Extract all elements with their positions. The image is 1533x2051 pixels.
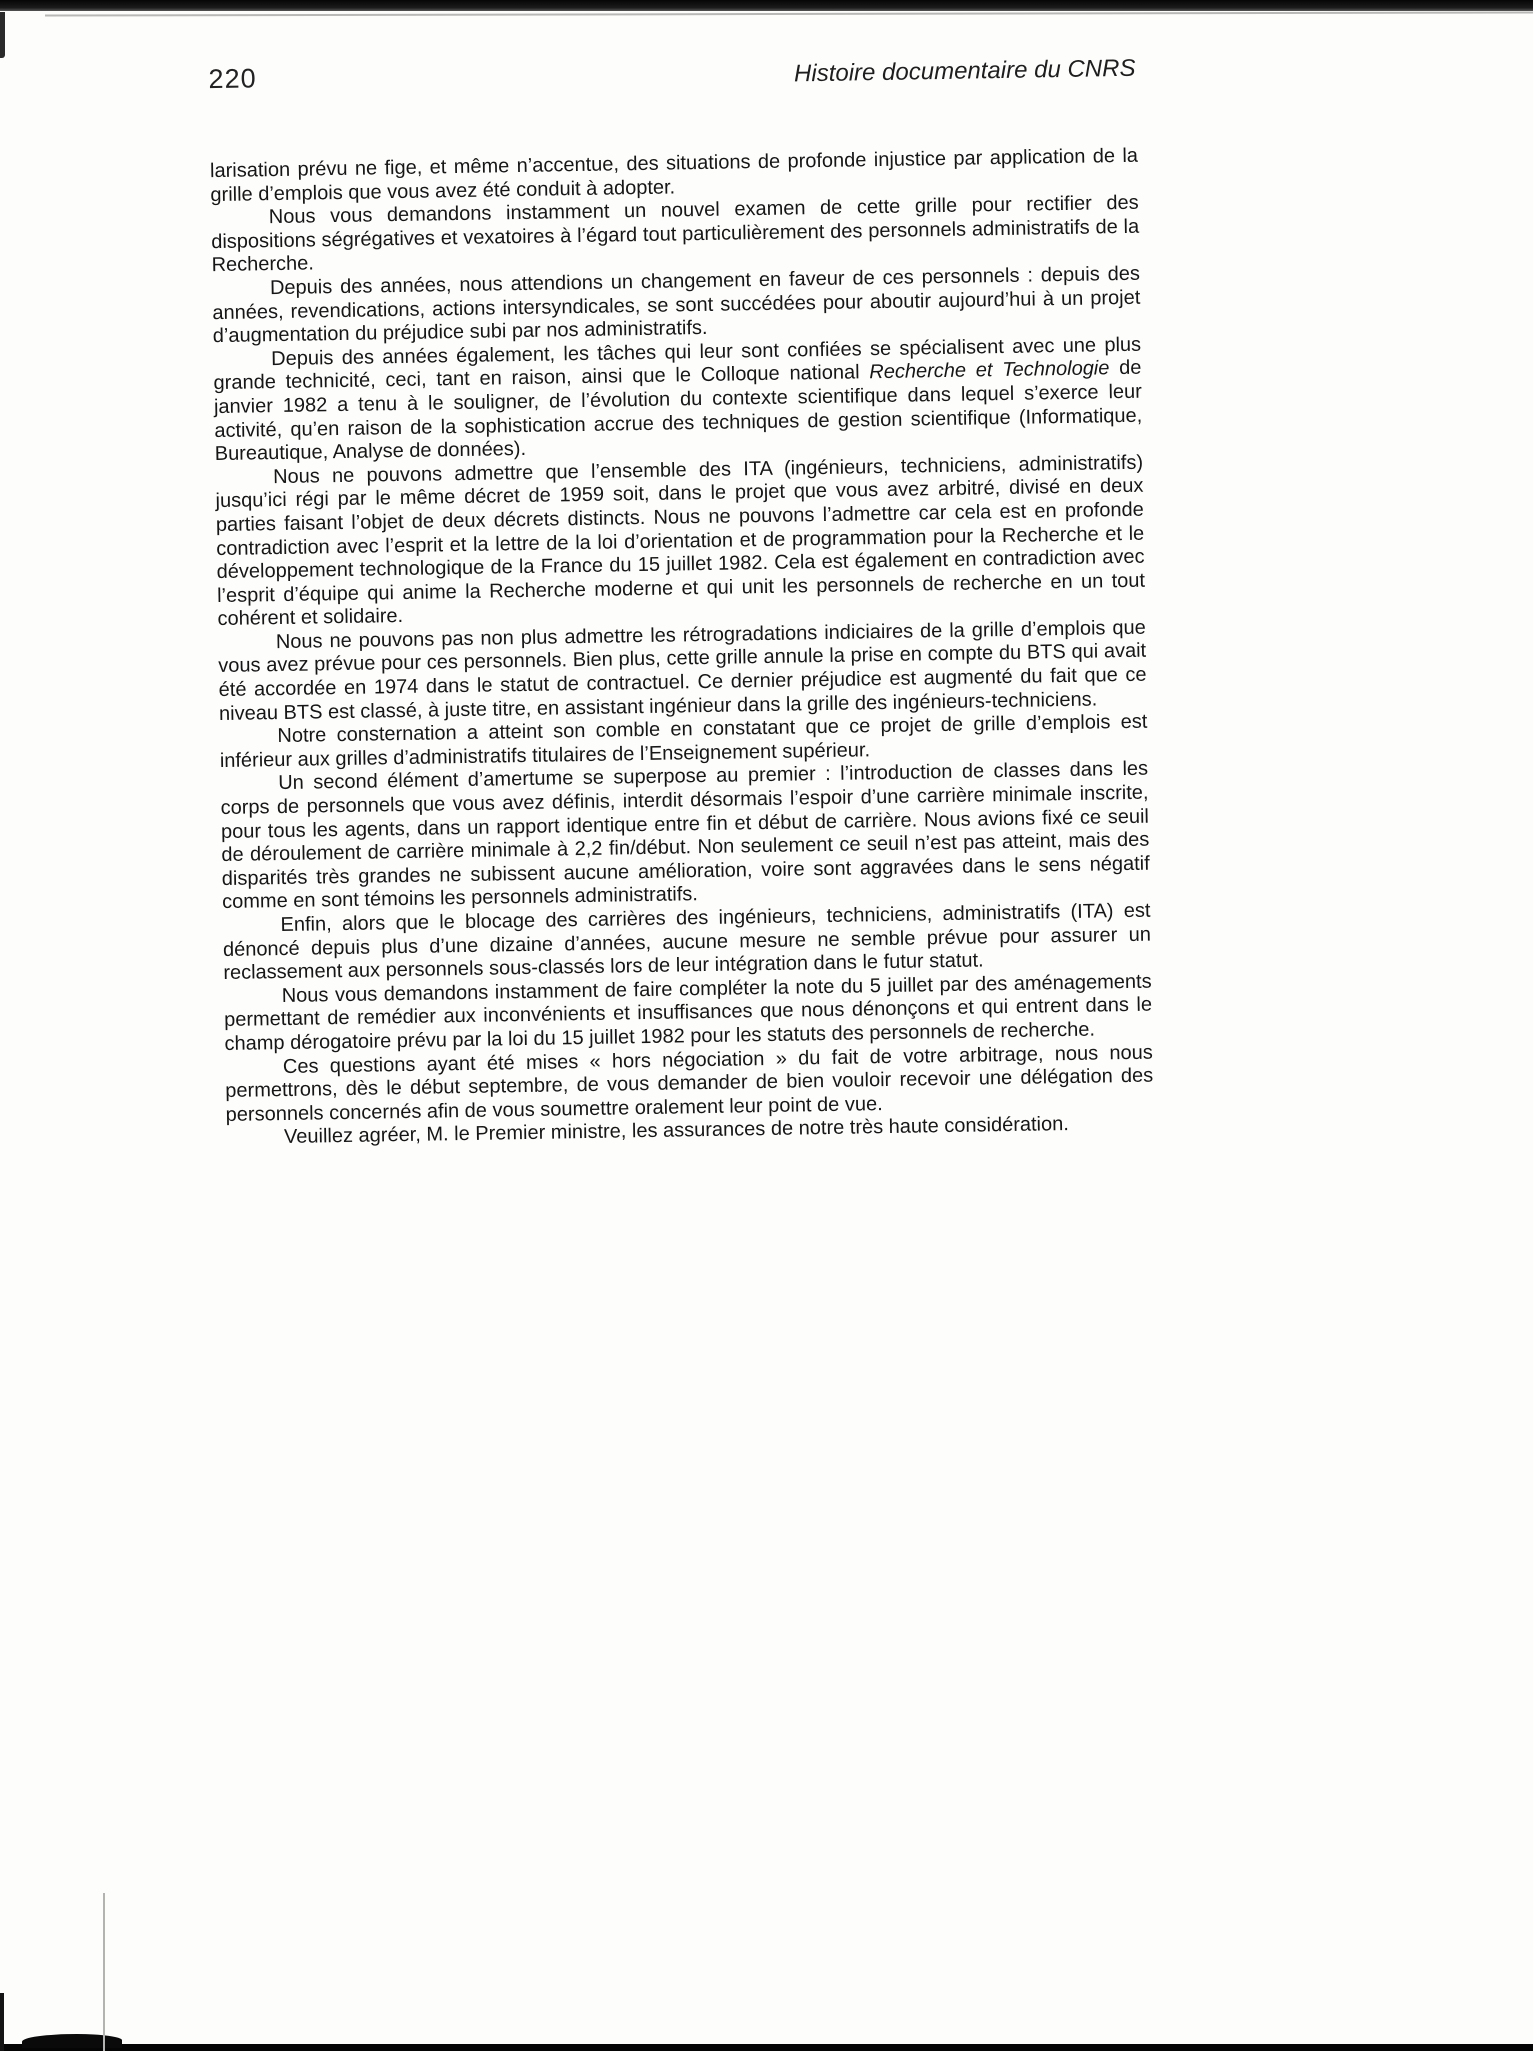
text-segment: Depuis des années, nous attendions un ch… — [212, 263, 1140, 348]
page-number: 220 — [208, 63, 257, 95]
paragraph: Depuis des années également, les tâches … — [213, 333, 1143, 466]
text-segment: Nous vous demandons instamment un nouvel… — [211, 192, 1139, 277]
italic-text-segment: Recherche et Technologie — [869, 358, 1109, 384]
text-segment: Nous ne pouvons pas non plus admettre le… — [218, 617, 1147, 725]
paragraph: Nous ne pouvons admettre que l’ensemble … — [215, 451, 1146, 632]
text-segment: Ces questions ayant été mises « hors nég… — [225, 1041, 1153, 1126]
page-content: 220 Histoire documentaire du CNRS larisa… — [0, 0, 1533, 2051]
paragraph: Un second élément d’amertume se superpos… — [220, 758, 1150, 915]
running-title: Histoire documentaire du CNRS — [690, 55, 1135, 90]
paragraph: Nous ne pouvons pas non plus admettre le… — [218, 617, 1147, 727]
text-segment: Enfin, alors que le blocage des carrière… — [223, 900, 1151, 985]
scan-edge-left-strip — [0, 1993, 4, 2051]
text-segment: Un second élément d’amertume se superpos… — [220, 758, 1149, 913]
letter-text: larisation prévu ne fige, et même n’acce… — [210, 145, 1154, 1151]
scanned-book-page: { "page": { "number": "220", "running_ti… — [0, 0, 1533, 2051]
text-segment: Nous vous demandons instamment de faire … — [224, 970, 1152, 1055]
text-segment: Nous ne pouvons admettre que l’ensemble … — [215, 451, 1145, 630]
